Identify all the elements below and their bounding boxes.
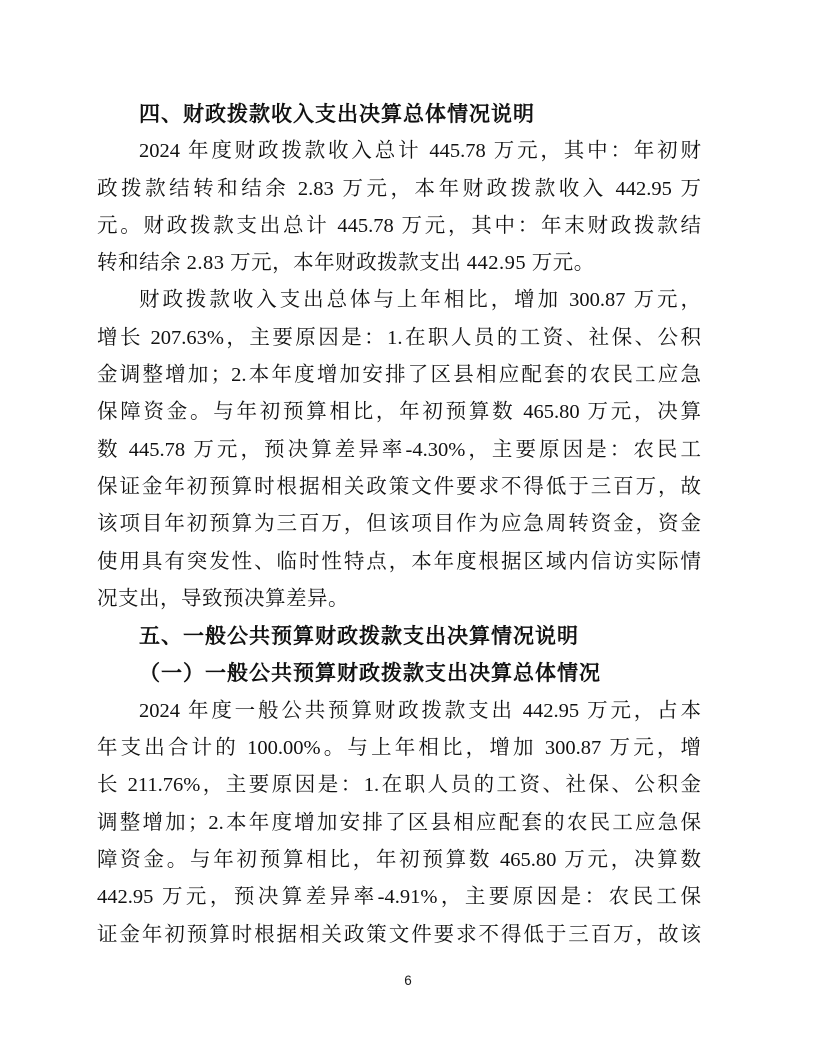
paragraph-line: 证金年初预算时根据相关政策文件要求不得低于三百万，故该	[97, 917, 701, 954]
section-heading-level1: 四、财政拨款收入支出决算总体情况说明	[97, 96, 701, 133]
section-heading-level2: （一）一般公共预算财政拨款支出决算总体情况	[97, 655, 701, 692]
paragraph-line: 保障资金。与年初预算相比，年初预算数 465.80 万元，决算	[97, 394, 701, 431]
page-number: 6	[404, 973, 412, 988]
section-heading-level1: 五、一般公共预算财政拨款支出决算情况说明	[97, 618, 701, 655]
paragraph-line: 障资金。与年初预算相比，年初预算数 465.80 万元，决算数	[97, 842, 701, 879]
paragraph-line: 元。财政拨款支出总计 445.78 万元，其中：年末财政拨款结	[97, 208, 701, 245]
paragraph-line: 财政拨款收入支出总体与上年相比，增加 300.87 万元，	[97, 282, 701, 319]
paragraph-line: 该项目年初预算为三百万，但该项目作为应急周转资金，资金	[97, 506, 701, 543]
document-page-surface: 四、财政拨款收入支出决算总体情况说明2024 年度财政拨款收入总计 445.78…	[0, 0, 816, 1056]
paragraph-line: 2024 年度财政拨款收入总计 445.78 万元，其中：年初财	[97, 133, 701, 170]
paragraph-line: 使用具有突发性、临时性特点，本年度根据区域内信访实际情	[97, 544, 701, 581]
paragraph-line: 金调整增加；2.本年度增加安排了区县相应配套的农民工应急	[97, 357, 701, 394]
paragraph-line: 年支出合计的 100.00%。与上年相比，增加 300.87 万元，增	[97, 730, 701, 767]
paragraph-line: 增长 207.63%，主要原因是：1.在职人员的工资、社保、公积	[97, 320, 701, 357]
page-footer: 6	[0, 973, 816, 988]
paragraph-line: 数 445.78 万元，预决算差异率-4.30%，主要原因是：农民工	[97, 432, 701, 469]
document-page: { "page": { "number": "6" }, "document":…	[0, 0, 816, 1056]
paragraph-line: 442.95 万元，预决算差异率-4.91%，主要原因是：农民工保	[97, 879, 701, 916]
paragraph-line: 保证金年初预算时根据相关政策文件要求不得低于三百万，故	[97, 469, 701, 506]
paragraph-line: 况支出，导致预决算差异。	[97, 581, 701, 618]
document-body: 四、财政拨款收入支出决算总体情况说明2024 年度财政拨款收入总计 445.78…	[97, 96, 701, 954]
paragraph-line: 2024 年度一般公共预算财政拨款支出 442.95 万元，占本	[97, 693, 701, 730]
paragraph-line: 调整增加；2.本年度增加安排了区县相应配套的农民工应急保	[97, 805, 701, 842]
paragraph-line: 政拨款结转和结余 2.83 万元，本年财政拨款收入 442.95 万	[97, 171, 701, 208]
paragraph-line: 转和结余 2.83 万元，本年财政拨款支出 442.95 万元。	[97, 245, 701, 282]
paragraph-line: 长 211.76%，主要原因是：1.在职人员的工资、社保、公积金	[97, 767, 701, 804]
